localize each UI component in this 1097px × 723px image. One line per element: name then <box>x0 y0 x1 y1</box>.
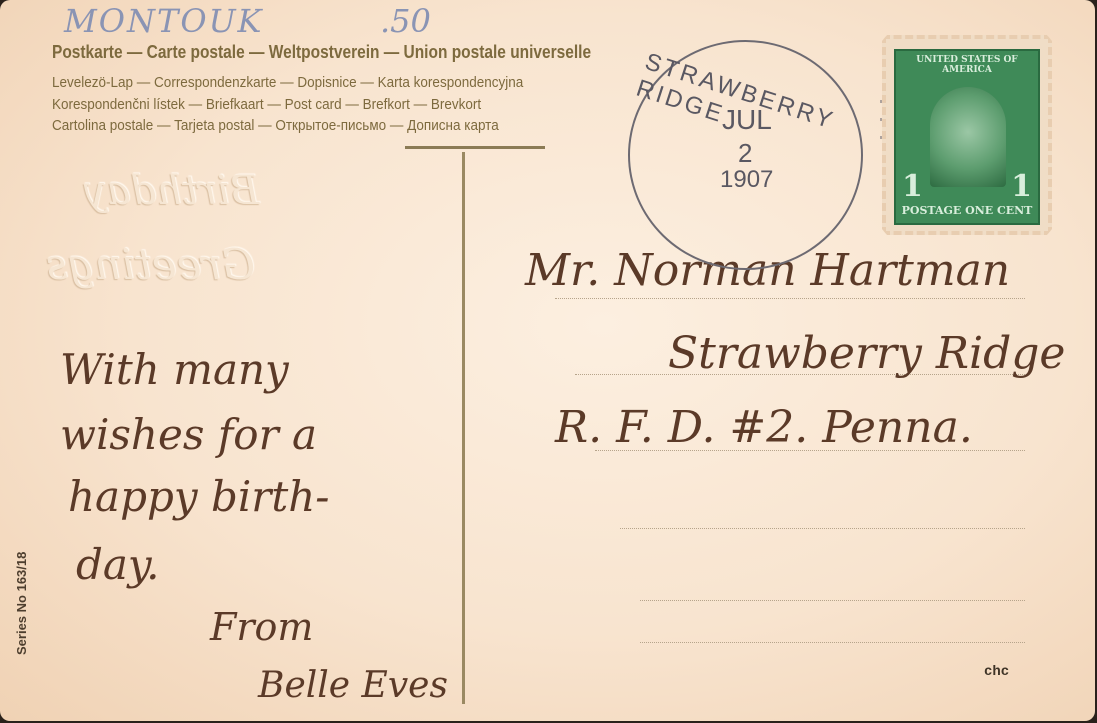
message-signature: Belle Eves <box>258 665 448 706</box>
stamp-value-text: POSTAGE ONE CENT <box>896 204 1038 217</box>
postmark-year: 1907 <box>720 166 773 194</box>
franklin-portrait-icon <box>930 87 1006 187</box>
message-line-1: With many <box>60 345 289 394</box>
message-from: From <box>210 605 313 649</box>
message-line-4: day. <box>76 540 159 589</box>
header-rule <box>405 146 545 149</box>
address-guide-5 <box>640 600 1025 601</box>
address-line-2: Strawberry Ridge <box>668 328 1065 379</box>
postmark-day: 2 <box>738 138 752 169</box>
stamp-denomination-left: 1 <box>902 169 923 204</box>
embossed-birthday: Birthday <box>84 168 259 214</box>
message-line-3: happy birth- <box>68 472 329 521</box>
header-line-2: Levelezö-Lap — Correspondenzkarte — Dopi… <box>52 74 523 91</box>
center-divider <box>462 152 465 704</box>
pencil-note-place: MONTOUK <box>64 2 263 40</box>
header-line-1: Postkarte — Carte postale — Weltpostvere… <box>52 42 591 63</box>
printer-mark: chc <box>984 664 1009 680</box>
stamp-denomination-right: 1 <box>1011 169 1032 204</box>
header-line-4: Cartolina postale — Tarjeta postal — Отк… <box>52 117 499 134</box>
address-guide-6 <box>640 642 1025 643</box>
header-line-3: Korespondenčni lístek — Briefkaart — Pos… <box>52 96 481 113</box>
postage-stamp: UNITED STATES OF AMERICA 1 1 POSTAGE ONE… <box>882 35 1052 235</box>
stamp-design: UNITED STATES OF AMERICA 1 1 POSTAGE ONE… <box>894 49 1040 225</box>
postmark: STRAWBERRY RIDGE JUL 2 1907 <box>628 40 863 270</box>
address-guide-4 <box>620 528 1025 529</box>
message-line-2: wishes for a <box>60 410 317 459</box>
stamp-country: UNITED STATES OF AMERICA <box>896 55 1038 75</box>
pencil-note-price: .50 <box>380 2 431 40</box>
address-line-3: R. F. D. #2. Penna. <box>555 402 973 453</box>
postcard-back: MONTOUK .50 Postkarte — Carte postale — … <box>0 0 1095 721</box>
postmark-month: JUL <box>722 104 772 136</box>
series-number: Series No 163/18 <box>14 552 29 655</box>
embossed-greetings: Greetings <box>46 240 255 289</box>
address-guide-1 <box>555 298 1025 299</box>
